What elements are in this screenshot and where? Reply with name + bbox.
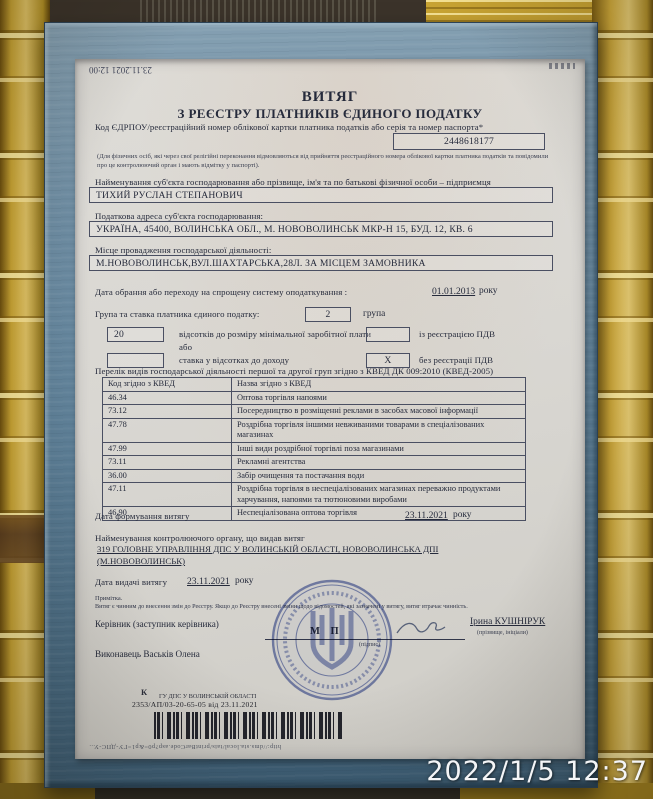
group-label: Група та ставка платника єдиного податку… [95, 309, 259, 319]
formation-year-word: року [453, 510, 471, 520]
table-row: 73.12 Посередництво в розміщенні реклами… [103, 405, 526, 419]
code-value: 2448618177 [444, 136, 494, 147]
head-label: Керівник (заступник керівника) [95, 619, 219, 629]
address-box: УКРАЇНА, 45400, ВОЛИНСЬКА ОБЛ., М. НОВОВ… [89, 221, 553, 237]
kved-table: Код згідно з КВЕД Назва згідно з КВЕД 46… [102, 377, 526, 521]
bamboo-dark-segment [0, 515, 50, 563]
authority-label: Найменування контролюючого органу, що ви… [95, 533, 305, 543]
rate-min-wage-label: відсотків до розміру мінімальної заробіт… [179, 329, 371, 339]
kved-code: 47.11 [103, 483, 232, 507]
group-box: 2 [305, 307, 351, 322]
code-box: 2448618177 [393, 133, 545, 150]
table-row: 47.78 Роздрібна торгівля іншими невживан… [103, 418, 526, 442]
bamboo-pole-left [0, 0, 50, 799]
election-date-label: Дата обрання або переходу на спрощену си… [95, 287, 347, 297]
issue-date-label: Дата видачі витягу [95, 577, 167, 587]
place-box: М.НОВОВОЛИНСЬК,ВУЛ.ШАХТАРСЬКА,28Л. ЗА МІ… [89, 255, 553, 271]
formation-date-label: Дата формування витягу [95, 511, 190, 521]
table-row: 36.00 Забір очищення та постачання води [103, 469, 526, 483]
kved-name: Оптова торгівля напоями [232, 391, 526, 405]
religious-note: (Для фізичних осіб, які через свої реліг… [97, 153, 559, 171]
footer-url: http://dms.sta.local/tais/printBarCode.a… [89, 743, 281, 750]
executor-label: Виконавець Васьків Олена [95, 649, 200, 659]
kved-caption: Перелік видів господарської діяльності п… [95, 366, 493, 376]
vat-without-mark: X [384, 355, 391, 366]
group-word: група [363, 309, 385, 319]
kved-code: 73.11 [103, 456, 232, 470]
note-title: Примітка. [95, 595, 122, 602]
name-value: ТИХИЙ РУСЛАН СТЕПАНОВИЧ [90, 190, 243, 201]
rate-value: 20 [108, 329, 124, 340]
name-label: Найменування суб'єкта господарювання або… [95, 177, 491, 187]
picture-frame: 23.11.2021 12:00 ВИТЯГ З РЕЄСТРУ ПЛАТНИК… [44, 22, 598, 788]
document: 23.11.2021 12:00 ВИТЯГ З РЕЄСТРУ ПЛАТНИК… [75, 59, 585, 759]
kved-name: Роздрібна торгівля іншими невживаними то… [232, 418, 526, 442]
kved-col-code: Код згідно з КВЕД [103, 378, 232, 392]
group-value: 2 [326, 309, 331, 320]
signature-scribble [393, 617, 447, 639]
photo-scene: 23.11.2021 12:00 ВИТЯГ З РЕЄСТРУ ПЛАТНИК… [0, 0, 653, 799]
kved-name: Забір очищення та постачання води [232, 469, 526, 483]
name-box: ТИХИЙ РУСЛАН СТЕПАНОВИЧ [89, 187, 553, 203]
name-caption: (прізвище, ініціали) [477, 630, 528, 636]
head-name: Ірина КУШНІРУК [470, 617, 545, 627]
kved-code: 46.34 [103, 391, 232, 405]
rate-box: 20 [107, 327, 164, 342]
address-label: Податкова адреса суб'єкта господарювання… [95, 211, 263, 221]
document-subtitle: З РЕЄСТРУ ПЛАТНИКІВ ЄДИНОГО ПОДАТКУ [75, 106, 585, 122]
kved-col-name: Назва згідно з КВЕД [232, 378, 526, 392]
page-corner-mark [549, 63, 575, 69]
place-label: Місце провадження господарської діяльнос… [95, 245, 271, 255]
vat-with-label: із реєстрацією ПДВ [419, 329, 495, 339]
kved-code: 36.00 [103, 469, 232, 483]
kved-name: Роздрібна торгівля в неспеціалізованих м… [232, 483, 526, 507]
print-timestamp: 23.11.2021 12:00 [89, 65, 152, 75]
document-title: ВИТЯГ [75, 89, 585, 106]
authority-value: 319 ГОЛОВНЕ УПРАВЛІННЯ ДПС У ВОЛИНСЬКІЙ … [97, 544, 497, 568]
or-word: або [179, 342, 192, 352]
code-label: Код ЄДРПОУ/реєстраційний номер облікової… [95, 122, 483, 132]
barcode-letter: К [141, 687, 147, 697]
bamboo-pole-right [592, 0, 653, 799]
kved-name: Рекламні агентства [232, 456, 526, 470]
table-row: 47.99 Інші види роздрібної торгівлі поза… [103, 442, 526, 456]
election-date-value: 01.01.2013 [432, 286, 475, 297]
kved-code: 47.78 [103, 418, 232, 442]
kved-name: Неспеціалізована оптова торгівля [232, 507, 526, 521]
barcode-number: 2353/АП/03-20-65-05 від 23.11.2021 [132, 700, 258, 709]
official-stamp [269, 577, 395, 703]
table-row: 73.11 Рекламні агентства [103, 456, 526, 470]
barcode-authority: ГУ ДПС У ВОЛИНСЬКІЙ ОБЛАСТІ [159, 693, 256, 700]
kved-code: 47.99 [103, 442, 232, 456]
formation-date-value: 23.11.2021 [405, 510, 448, 521]
camera-timestamp: 2022/1/5 12:37 [426, 756, 648, 787]
election-year-word: року [479, 286, 497, 296]
table-row: 46.34 Оптова торгівля напоями [103, 391, 526, 405]
table-row: 47.11 Роздрібна торгівля в неспеціалізов… [103, 483, 526, 507]
issue-date-value: 23.11.2021 [187, 576, 230, 587]
place-value: М.НОВОВОЛИНСЬК,ВУЛ.ШАХТАРСЬКА,28Л. ЗА МІ… [90, 258, 426, 269]
kved-header-row: Код згідно з КВЕД Назва згідно з КВЕД [103, 378, 526, 392]
vat-with-box [366, 327, 410, 342]
vat-without-label: без реєстрації ПДВ [419, 355, 493, 365]
rate-income-label: ставка у відсотках до доходу [179, 355, 289, 365]
barcode [154, 712, 342, 739]
kved-name: Інші види роздрібної торгівлі поза магаз… [232, 442, 526, 456]
kved-name: Посередництво в розміщенні реклами в зас… [232, 405, 526, 419]
issue-year-word: року [235, 576, 253, 586]
address-value: УКРАЇНА, 45400, ВОЛИНСЬКА ОБЛ., М. НОВОВ… [90, 224, 473, 235]
kved-code: 73.12 [103, 405, 232, 419]
